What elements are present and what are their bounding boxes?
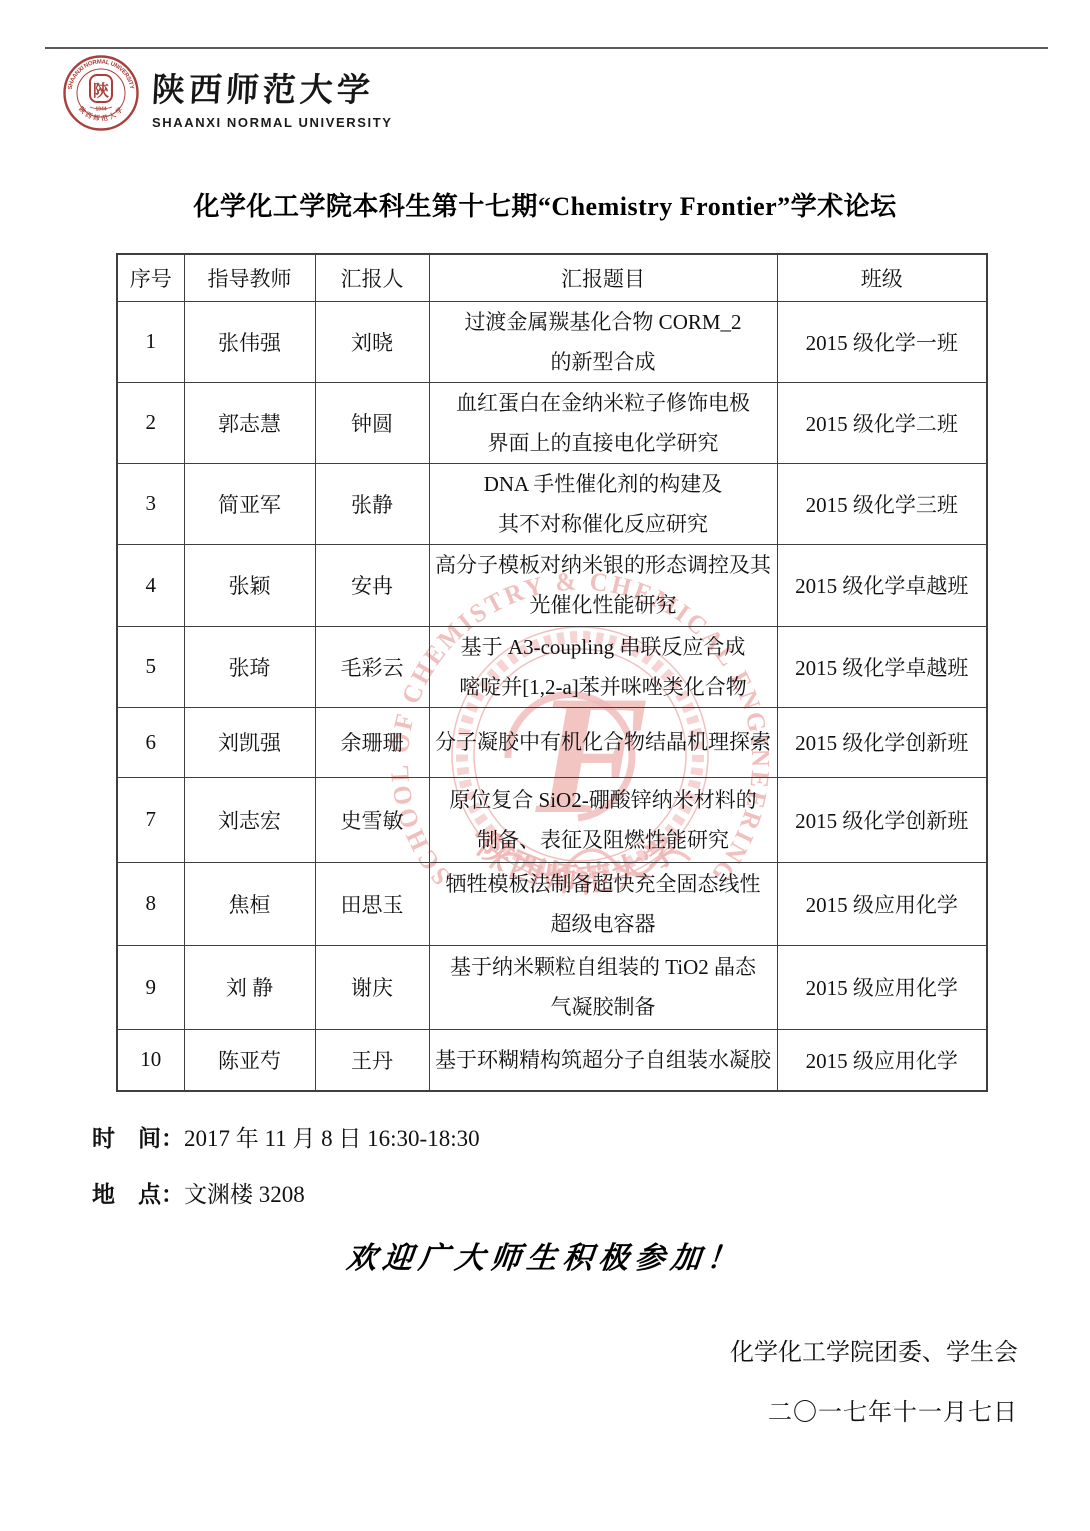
signature-organization: 化学化工学院团委、学生会	[730, 1332, 1018, 1367]
table-row: 3 简亚军 张静 DNA 手性催化剂的构建及 其不对称催化反应研究 2015 级…	[117, 463, 987, 544]
cell-topic: 基于纳米颗粒自组装的 TiO2 晶态 气凝胶制备	[429, 945, 777, 1029]
time-label: 时 间：	[92, 1126, 184, 1151]
cell-topic: 过渡金属羰基化合物 CORM_2 的新型合成	[429, 301, 777, 382]
cell-no: 1	[117, 301, 184, 382]
cell-class: 2015 级化学卓越班	[777, 626, 987, 707]
detail-time: 时 间：2017 年 11 月 8 日 16:30-18:30	[92, 1120, 480, 1153]
cell-advisor: 焦桓	[184, 862, 315, 945]
cell-no: 6	[117, 707, 184, 777]
cell-no: 3	[117, 463, 184, 544]
cell-presenter: 刘晓	[315, 301, 429, 382]
cell-topic: 牺牲模板法制备超快充全固态线性 超级电容器	[429, 862, 777, 945]
table-row: 9 刘 静 谢庆 基于纳米颗粒自组装的 TiO2 晶态 气凝胶制备 2015 级…	[117, 945, 987, 1029]
col-header-presenter: 汇报人	[315, 254, 429, 301]
cell-class: 2015 级化学卓越班	[777, 544, 987, 626]
signature-date: 二〇一七年十一月七日	[768, 1392, 1018, 1427]
cell-topic: 原位复合 SiO2-硼酸锌纳米材料的 制备、表征及阻燃性能研究	[429, 777, 777, 862]
cell-presenter: 毛彩云	[315, 626, 429, 707]
cell-no: 7	[117, 777, 184, 862]
forum-schedule-table: 序号 指导教师 汇报人 汇报题目 班级 1 张伟强 刘晓 过渡金属羰基化合物 C…	[116, 253, 988, 1092]
cell-presenter: 田思玉	[315, 862, 429, 945]
header-divider	[45, 47, 1048, 49]
cell-no: 9	[117, 945, 184, 1029]
table-row: 5 张琦 毛彩云 基于 A3-coupling 串联反应合成 嘧啶并[1,2-a…	[117, 626, 987, 707]
cell-no: 5	[117, 626, 184, 707]
cell-topic: 分子凝胶中有机化合物结晶机理探索	[429, 707, 777, 777]
cell-advisor: 简亚军	[184, 463, 315, 544]
cell-topic: 血红蛋白在金纳米粒子修饰电极 界面上的直接电化学研究	[429, 382, 777, 463]
cell-advisor: 刘 静	[184, 945, 315, 1029]
university-wordmark: 陕西师范大学 SHAANXI NORMAL UNIVERSITY	[152, 54, 393, 130]
welcome-message: 欢迎广大师生积极参加！	[0, 1233, 1090, 1277]
col-header-no: 序号	[117, 254, 184, 301]
place-value: 文渊楼 3208	[184, 1182, 305, 1207]
cell-topic: 基于环糊精构筑超分子自组装水凝胶	[429, 1029, 777, 1091]
col-header-class: 班级	[777, 254, 987, 301]
detail-place: 地 点：文渊楼 3208	[92, 1176, 305, 1209]
cell-topic: DNA 手性催化剂的构建及 其不对称催化反应研究	[429, 463, 777, 544]
col-header-advisor: 指导教师	[184, 254, 315, 301]
cell-topic: 基于 A3-coupling 串联反应合成 嘧啶并[1,2-a]苯并咪唑类化合物	[429, 626, 777, 707]
table-header-row: 序号 指导教师 汇报人 汇报题目 班级	[117, 254, 987, 301]
table-row: 4 张颖 安冉 高分子模板对纳米银的形态调控及其 光催化性能研究 2015 级化…	[117, 544, 987, 626]
cell-advisor: 张伟强	[184, 301, 315, 382]
cell-advisor: 张颖	[184, 544, 315, 626]
cell-presenter: 谢庆	[315, 945, 429, 1029]
table-row: 10 陈亚芍 王丹 基于环糊精构筑超分子自组装水凝胶 2015 级应用化学	[117, 1029, 987, 1091]
cell-no: 2	[117, 382, 184, 463]
cell-class: 2015 级化学二班	[777, 382, 987, 463]
university-name-cn: 陕西师范大学	[151, 64, 394, 111]
cell-class: 2015 级化学创新班	[777, 777, 987, 862]
time-value: 2017 年 11 月 8 日 16:30-18:30	[184, 1126, 480, 1151]
cell-class: 2015 级应用化学	[777, 862, 987, 945]
cell-advisor: 陈亚芍	[184, 1029, 315, 1091]
table-row: 2 郭志慧 钟圆 血红蛋白在金纳米粒子修饰电极 界面上的直接电化学研究 2015…	[117, 382, 987, 463]
place-label: 地 点：	[92, 1182, 184, 1207]
seal-year: 1944	[95, 107, 106, 113]
cell-advisor: 刘凯强	[184, 707, 315, 777]
cell-class: 2015 级化学创新班	[777, 707, 987, 777]
table-row: 8 焦桓 田思玉 牺牲模板法制备超快充全固态线性 超级电容器 2015 级应用化…	[117, 862, 987, 945]
cell-no: 4	[117, 544, 184, 626]
university-header: SHAANXI NORMAL UNIVERSITY 陕西师范大学 陝 1944 …	[62, 54, 393, 132]
university-seal-icon: SHAANXI NORMAL UNIVERSITY 陕西师范大学 陝 1944	[62, 54, 140, 132]
cell-topic: 高分子模板对纳米银的形态调控及其 光催化性能研究	[429, 544, 777, 626]
table-row: 1 张伟强 刘晓 过渡金属羰基化合物 CORM_2 的新型合成 2015 级化学…	[117, 301, 987, 382]
cell-class: 2015 级应用化学	[777, 945, 987, 1029]
col-header-topic: 汇报题目	[429, 254, 777, 301]
table-row: 6 刘凯强 余珊珊 分子凝胶中有机化合物结晶机理探索 2015 级化学创新班	[117, 707, 987, 777]
page-title: 化学化工学院本科生第十七期“Chemistry Frontier”学术论坛	[0, 186, 1090, 223]
cell-presenter: 张静	[315, 463, 429, 544]
cell-advisor: 郭志慧	[184, 382, 315, 463]
cell-no: 10	[117, 1029, 184, 1091]
cell-no: 8	[117, 862, 184, 945]
cell-class: 2015 级应用化学	[777, 1029, 987, 1091]
cell-presenter: 安冉	[315, 544, 429, 626]
cell-advisor: 刘志宏	[184, 777, 315, 862]
table-row: 7 刘志宏 史雪敏 原位复合 SiO2-硼酸锌纳米材料的 制备、表征及阻燃性能研…	[117, 777, 987, 862]
seal-center-character: 陝	[93, 82, 109, 100]
cell-class: 2015 级化学一班	[777, 301, 987, 382]
cell-presenter: 钟圆	[315, 382, 429, 463]
cell-presenter: 王丹	[315, 1029, 429, 1091]
cell-class: 2015 级化学三班	[777, 463, 987, 544]
cell-presenter: 余珊珊	[315, 707, 429, 777]
cell-advisor: 张琦	[184, 626, 315, 707]
cell-presenter: 史雪敏	[315, 777, 429, 862]
university-name-en: SHAANXI NORMAL UNIVERSITY	[152, 115, 393, 130]
